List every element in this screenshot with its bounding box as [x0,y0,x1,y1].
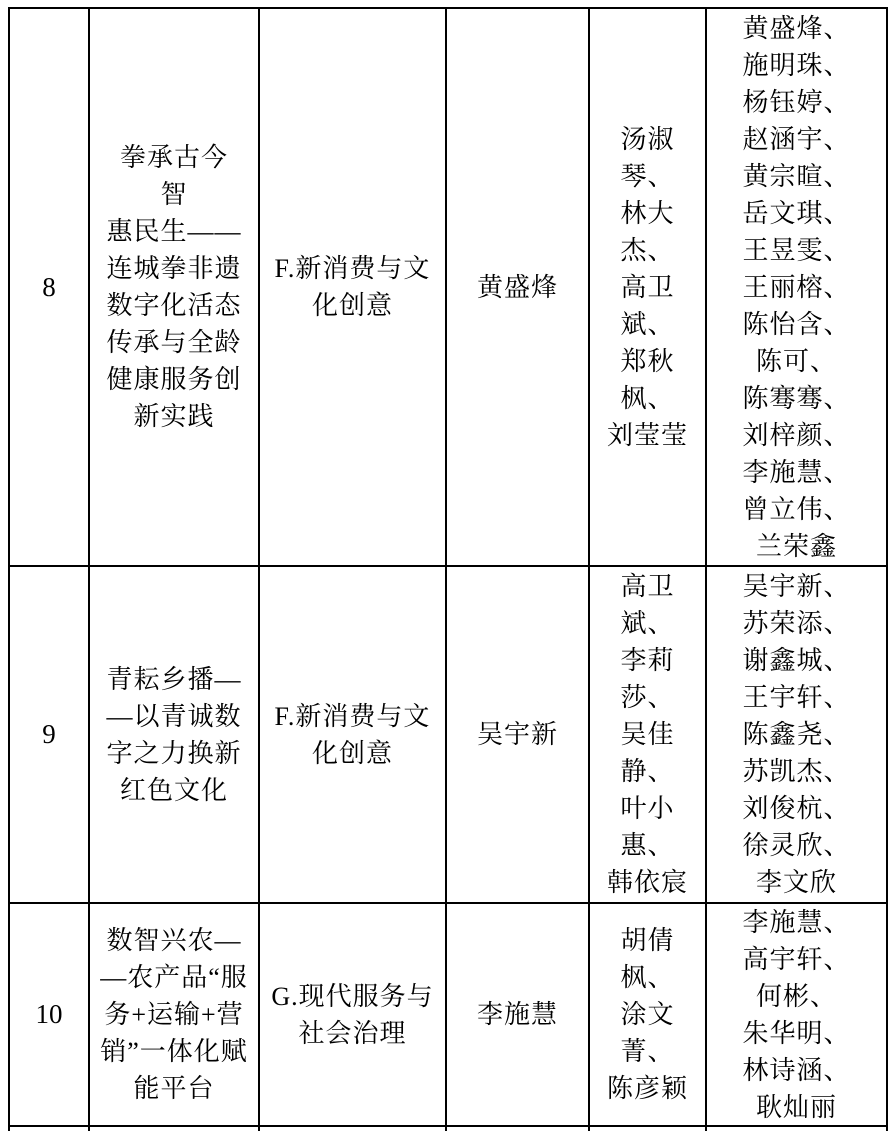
project-leader: 吴宇新 [477,716,558,753]
serial-number: 10 [36,996,63,1033]
advisor-list-cell: 汤淑琴、 林大杰、 高卫斌、 郑秋枫、 刘莹莹 [590,9,707,567]
next-row-stub [10,1127,90,1131]
member-list-cell: 李施慧、 高宇轩、 何彬、 朱华明、 林诗涵、 耿灿丽 [707,904,888,1127]
track-category: F.新消费与文 化创意 [275,250,431,324]
project-leader-cell: 黄盛烽 [447,9,590,567]
serial-number-cell: 8 [10,9,90,567]
project-title-cell: 拳承古今 智 惠民生—— 连城拳非遗 数字化活态 传承与全龄 健康服务创 新实践 [90,9,260,567]
project-leader: 黄盛烽 [477,269,558,306]
track-category: G.现代服务与 社会治理 [271,978,433,1052]
member-list: 李施慧、 高宇轩、 何彬、 朱华明、 林诗涵、 耿灿丽 [742,904,850,1126]
project-table: 8 拳承古今 智 惠民生—— 连城拳非遗 数字化活态 传承与全龄 健康服务创 新… [8,7,888,1131]
member-list: 吴宇新、 苏荣添、 谢鑫城、 王宇轩、 陈鑫尧、 苏凯杰、 刘俊杭、 徐灵欣、 … [742,568,850,901]
next-row-stub [707,1127,888,1131]
next-row-stub [260,1127,447,1131]
track-category-cell: F.新消费与文 化创意 [260,567,447,904]
project-leader: 李施慧 [477,996,558,1033]
advisor-list: 汤淑琴、 林大杰、 高卫斌、 郑秋枫、 刘莹莹 [595,121,700,454]
member-list-cell: 黄盛烽、 施明珠、 杨钰婷、 赵涵宇、 黄宗暄、 岳文琪、 王昱雯、 王丽榕、 … [707,9,888,567]
project-leader-cell: 吴宇新 [447,567,590,904]
track-category-cell: G.现代服务与 社会治理 [260,904,447,1127]
serial-number-cell: 9 [10,567,90,904]
serial-number: 8 [42,269,56,306]
project-title: 拳承古今 智 惠民生—— 连城拳非遗 数字化活态 传承与全龄 健康服务创 新实践 [95,139,253,435]
advisor-list-cell: 胡倩枫、 涂文菁、 陈彦颖 [590,904,707,1127]
project-leader-cell: 李施慧 [447,904,590,1127]
advisor-list-cell: 高卫斌、 李莉莎、 吴佳静、 叶小惠、 韩依宸 [590,567,707,904]
serial-number-cell: 10 [10,904,90,1127]
project-title: 青耘乡播— —以青诚数 字之力换新 红色文化 [106,661,241,809]
next-row-stub [90,1127,260,1131]
serial-number: 9 [42,716,56,753]
track-category-cell: F.新消费与文 化创意 [260,9,447,567]
project-title: 数智兴农— —农产品“服 务+运输+营 销”一体化赋 能平台 [100,922,248,1107]
advisor-list: 胡倩枫、 涂文菁、 陈彦颖 [595,922,700,1107]
next-row-stub [447,1127,590,1131]
advisor-list: 高卫斌、 李莉莎、 吴佳静、 叶小惠、 韩依宸 [595,568,700,901]
document-page: { "table": { "rows": [ { "no": "8", "tit… [0,0,892,1131]
member-list: 黄盛烽、 施明珠、 杨钰婷、 赵涵宇、 黄宗暄、 岳文琪、 王昱雯、 王丽榕、 … [742,10,850,565]
next-row-stub [590,1127,707,1131]
member-list-cell: 吴宇新、 苏荣添、 谢鑫城、 王宇轩、 陈鑫尧、 苏凯杰、 刘俊杭、 徐灵欣、 … [707,567,888,904]
project-title-cell: 数智兴农— —农产品“服 务+运输+营 销”一体化赋 能平台 [90,904,260,1127]
track-category: F.新消费与文 化创意 [275,698,431,772]
project-title-cell: 青耘乡播— —以青诚数 字之力换新 红色文化 [90,567,260,904]
